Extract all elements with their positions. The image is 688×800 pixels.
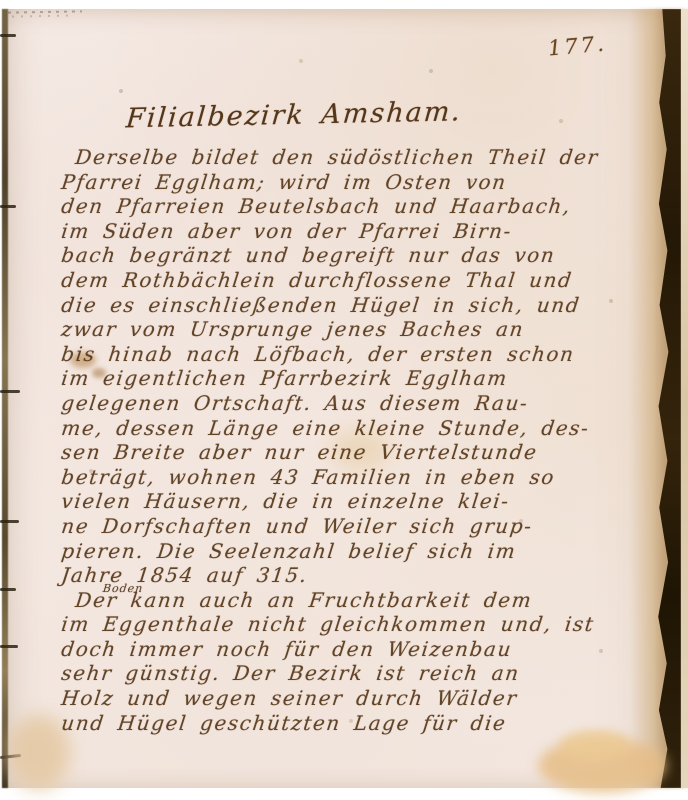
stitch-mark (0, 34, 16, 37)
text-line: gelegenen Ortschaft. Aus diesem Rau- (60, 391, 638, 416)
stitch-mark (0, 390, 20, 393)
text-line: zwar vom Ursprunge jenes Baches an (60, 317, 638, 342)
torn-page-edge (630, 9, 688, 788)
text-line: Pfarrei Egglham; wird im Osten von (60, 170, 638, 195)
page-number: 177. (547, 31, 608, 60)
text-line: Jahre 1854 auf 315. (60, 563, 638, 588)
binding-thread (2, 9, 8, 788)
scanned-manuscript-page: 177. Filialbezirk Amsham. Derselbe bilde… (0, 0, 688, 800)
text-line: Holz und wegen seiner durch Wälder (60, 686, 638, 711)
text-line: doch immer noch für den Weizenbau (60, 637, 638, 662)
page-title: Filialbezirk Amsham. (125, 93, 636, 135)
stitch-mark (0, 588, 16, 591)
corner-inscription (8, 10, 82, 18)
stitch-mark (0, 520, 19, 523)
text-line: sehr günstig. Der Bezirk ist reich an (60, 661, 638, 686)
text-line: bis hinab nach Löfbach, der ersten schon (60, 342, 638, 367)
text-line: die es einschließenden Hügel in sich, un… (60, 293, 638, 318)
text-line: bach begränzt und begreift nur das von (60, 243, 638, 268)
text-line: beträgt, wohnen 43 Familien in eben so (60, 465, 638, 490)
text-line: im Süden aber von der Pfarrei Birn- (60, 219, 638, 244)
text-line: dem Rothbächlein durchflossene Thal und (60, 268, 638, 293)
underlying-page-edge (681, 9, 688, 788)
text-line: im Eggenthale nicht gleichkommen und, is… (60, 612, 638, 637)
stitch-mark (0, 205, 16, 208)
paper-speckles (0, 0, 2, 2)
text-line: und Hügel geschützten Lage für die (60, 711, 638, 736)
text-line: me, dessen Länge eine kleine Stunde, des… (60, 416, 638, 441)
text-line: im eigentlichen Pfarrbezirk Egglham (60, 366, 638, 391)
text-line: pieren. Die Seelenzahl belief sich im (60, 539, 638, 564)
text-line: sen Breite aber nur eine Viertelstunde (60, 440, 638, 465)
text-line: Derselbe bildet den südöstlichen Theil d… (60, 145, 638, 170)
stitch-mark (0, 645, 18, 648)
text-line: ne Dorfschaften und Weiler sich grup- (60, 514, 638, 539)
handwritten-text-block: Filialbezirk Amsham. Derselbe bildet den… (60, 98, 635, 735)
text-line: vielen Häusern, die in einzelne klei- (60, 489, 638, 514)
superscript-insertion: Boden (101, 577, 144, 602)
text-line: den Pfarreien Beutelsbach und Haarbach, (60, 194, 638, 219)
text-line: Der kann auch an Fruchtbarkeit dem (74, 588, 534, 612)
text-line-with-insertion: BodenDer kann auch an Fruchtbarkeit dem (60, 588, 638, 613)
